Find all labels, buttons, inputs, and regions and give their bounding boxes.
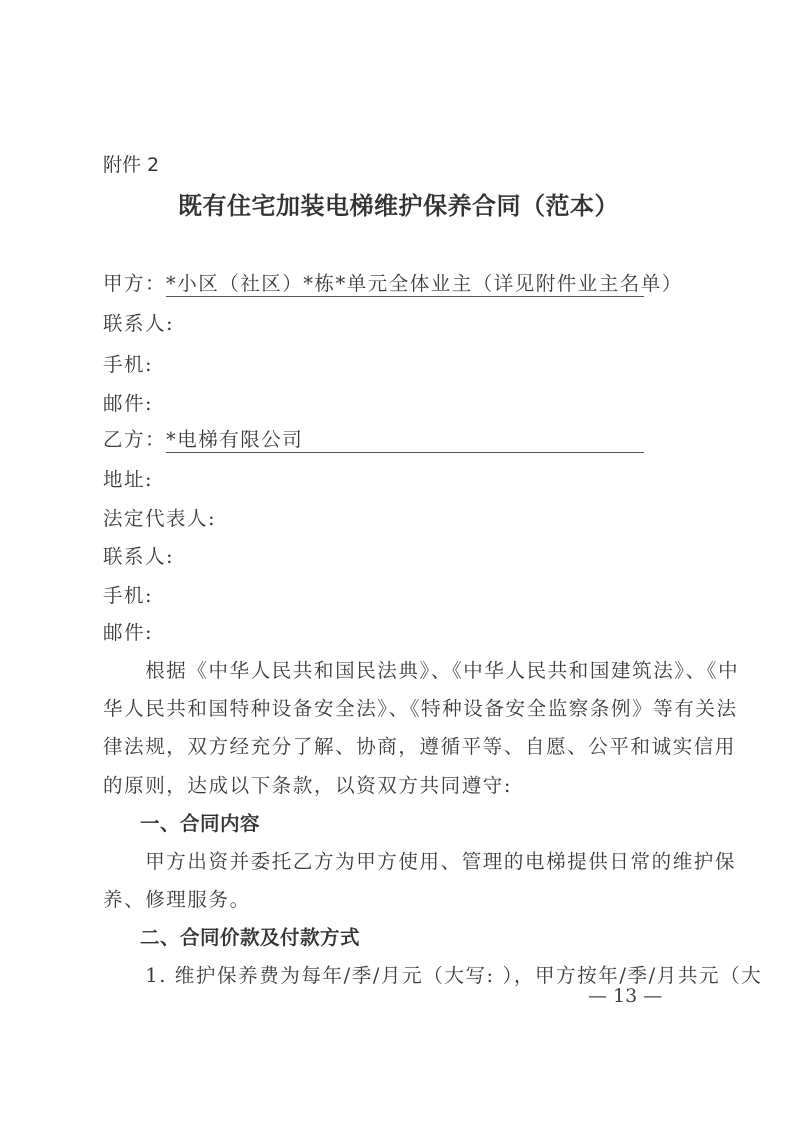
party-b-email-field: 邮件: [103, 617, 153, 645]
party-a-phone-field: 手机: [103, 349, 153, 377]
section-heading-contract-content: 一、合同内容 [140, 808, 260, 836]
party-b-value: *电梯有限公司 [166, 424, 644, 453]
party-b-phone-field: 手机: [103, 580, 153, 608]
party-b-legal-rep-field: 法定代表人: [103, 503, 216, 531]
party-a-value: *小区（社区）*栋*单元全体业主（详见附件业主名单） [166, 268, 644, 297]
party-a-label: 甲方： [103, 272, 166, 295]
attachment-label: 附件 2 [103, 150, 159, 177]
document-title: 既有住宅加装电梯维护保养合同（范本） [178, 186, 619, 221]
page-number: — 13 — [588, 985, 662, 1007]
party-a-contact-field: 联系人: [103, 308, 174, 336]
party-a-email-field: 邮件: [103, 388, 153, 416]
section-text-line: 1. 维护保养费为每年/季/月元（大写: ），甲方按年/季/月共元（大 [103, 960, 762, 988]
party-b-row: 乙方：*电梯有限公司 [103, 424, 644, 453]
preamble-line: 华人民共和国特种设备安全法》、《特种设备安全监察条例》等有关法 [103, 693, 738, 721]
preamble-line: 律法规，双方经充分了解、协商，遵循平等、自愿、公平和诚实信用 [103, 731, 736, 759]
section-heading-price-payment: 二、合同价款及付款方式 [140, 922, 360, 950]
section-text-line: 养、修理服务。 [103, 884, 251, 912]
party-b-contact-field: 联系人: [103, 541, 174, 569]
party-b-address-field: 地址: [103, 464, 153, 492]
preamble-line: 根据《中华人民共和国民法典》、《中华人民共和国建筑法》、《中 [103, 655, 739, 683]
party-b-label: 乙方： [103, 428, 166, 451]
preamble-line: 的原则，达成以下条款，以资双方共同遵守: [103, 770, 512, 798]
party-a-row: 甲方：*小区（社区）*栋*单元全体业主（详见附件业主名单） [103, 268, 644, 297]
section-text-line: 甲方出资并委托乙方为甲方使用、管理的电梯提供日常的维护保 [103, 846, 736, 874]
